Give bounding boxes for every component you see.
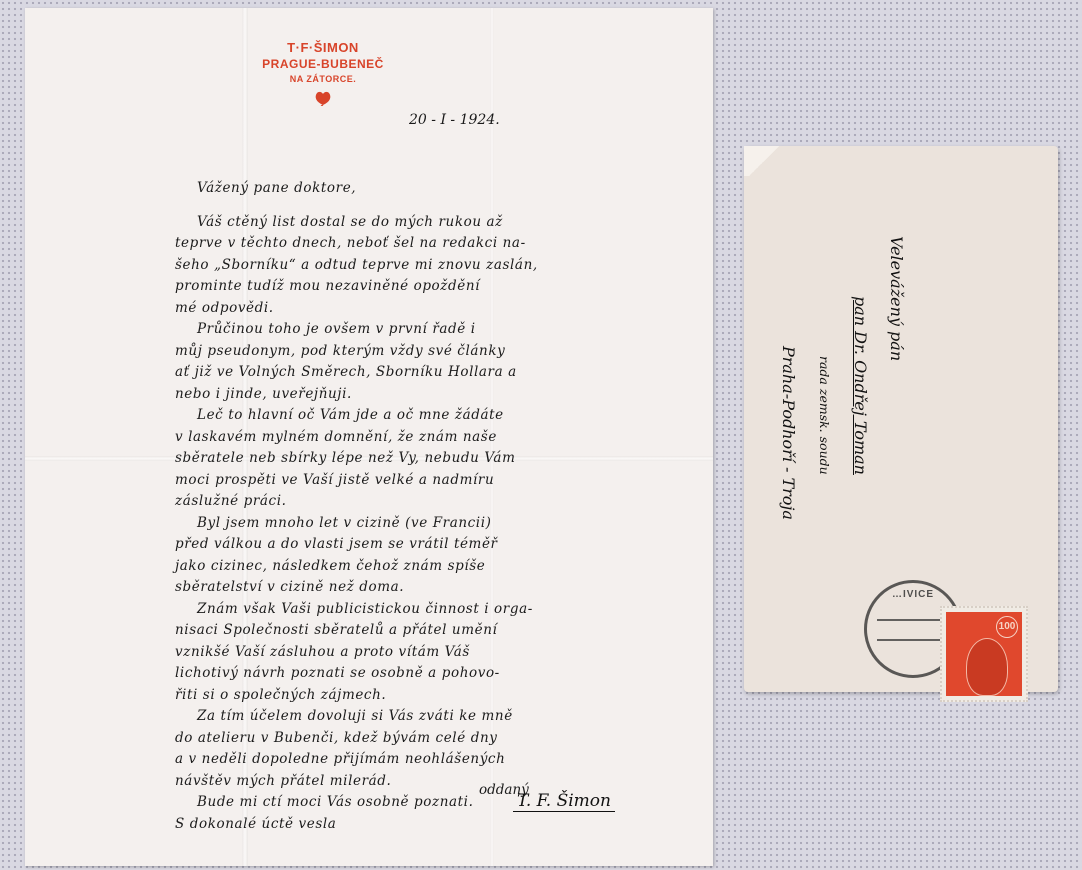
letter-line: lichotivý návrh poznati se osobně a poho… — [175, 663, 700, 685]
letter-line: návštěv mých přátel milerád. — [175, 771, 700, 793]
letter-line: jako cizinec, následkem čehož znám spíše — [175, 556, 700, 578]
envelope: Velevážený pán pan Dr. Ondřej Toman rada… — [744, 146, 1058, 692]
letter-date: 20 - I - 1924. — [409, 112, 500, 128]
letterhead-name: T·F·ŠIMON — [243, 40, 403, 55]
letter-line: Za tím účelem dovoluji si Vás zváti ke m… — [175, 706, 700, 728]
address-line-title: rada zemsk. soudu — [806, 236, 842, 696]
letter-body: Vážený pane doktore, Váš ctěný list dost… — [175, 178, 700, 835]
address-line-city: Praha-Podhoří - Troja — [770, 236, 806, 696]
letter-line: S dokonalé úctě vesla — [175, 814, 700, 836]
letter-line: nebo i jinde, uveřejňuji. — [175, 384, 700, 406]
letter-line: ať již ve Volných Směrech, Sborníku Holl… — [175, 362, 700, 384]
letter-line: sběratele neb sbírky lépe než Vy, nebudu… — [175, 448, 700, 470]
stamp-value: 100 — [996, 616, 1018, 638]
letter-lines: Váš ctěný list dostal se do mých rukou a… — [175, 212, 700, 836]
letter-line: řiti si o společných zájmech. — [175, 685, 700, 707]
letter-line: záslužné práci. — [175, 491, 700, 513]
postmark-date-bars — [877, 619, 949, 641]
letter-line: Znám však Vaši publicistickou činnost i … — [175, 599, 700, 621]
postage-stamp: 100 — [940, 606, 1028, 702]
letterhead: T·F·ŠIMON PRAGUE-BUBENEČ NA ZÁTORCE. — [243, 40, 403, 106]
letter-line: sběratelství v cizině než doma. — [175, 577, 700, 599]
letter-line: Byl jsem mnoho let v cizině (ve Francii) — [175, 513, 700, 535]
letter-line: moci prospěti ve Vaší jistě velké a nadm… — [175, 470, 700, 492]
postmark-town: …IVICE — [867, 589, 959, 600]
letter-line: můj pseudonym, pod kterým vždy své článk… — [175, 341, 700, 363]
letter-line: mé odpovědi. — [175, 298, 700, 320]
letter-line: Průčinou toho je ovšem v první řadě i — [175, 319, 700, 341]
letter-line: a v neděli dopoledne přijímám neohlášený… — [175, 749, 700, 771]
letter-line: před válkou a do vlasti jsem se vrátil t… — [175, 534, 700, 556]
stamp-figure-icon — [966, 638, 1008, 696]
letter-line: Leč to hlavní oč Vám jde a oč mne žádáte — [175, 405, 700, 427]
letter-line: nisaci Společnosti sběratelů a přátel um… — [175, 620, 700, 642]
stamp-image: 100 — [946, 612, 1022, 696]
letter-line: Váš ctěný list dostal se do mých rukou a… — [175, 212, 700, 234]
letter-line: teprve v těchto dnech, neboť šel na reda… — [175, 233, 700, 255]
letter-line: šeho „Sborníku“ a odtud teprve mi znovu … — [175, 255, 700, 277]
handwritten-letter: T·F·ŠIMON PRAGUE-BUBENEČ NA ZÁTORCE. 20 … — [25, 8, 713, 866]
signature: T. F. Šimon — [513, 791, 615, 812]
salutation: Vážený pane doktore, — [175, 178, 700, 200]
letter-line: prominte tudíž mou nezaviněné opoždění — [175, 276, 700, 298]
letter-line: v laskavém mylném domnění, že znám naše — [175, 427, 700, 449]
letterhead-street: NA ZÁTORCE. — [243, 74, 403, 84]
letter-line: Bude mi ctí moci Vás osobně poznati. — [175, 792, 700, 814]
letterhead-place: PRAGUE-BUBENEČ — [243, 57, 403, 71]
leaf-emblem-icon — [314, 90, 332, 106]
letter-line: vznikšé Vaší zásluhou a proto vítám Váš — [175, 642, 700, 664]
envelope-folded-corner — [744, 146, 784, 176]
letter-line: do atelieru v Bubenči, kdež bývám celé d… — [175, 728, 700, 750]
